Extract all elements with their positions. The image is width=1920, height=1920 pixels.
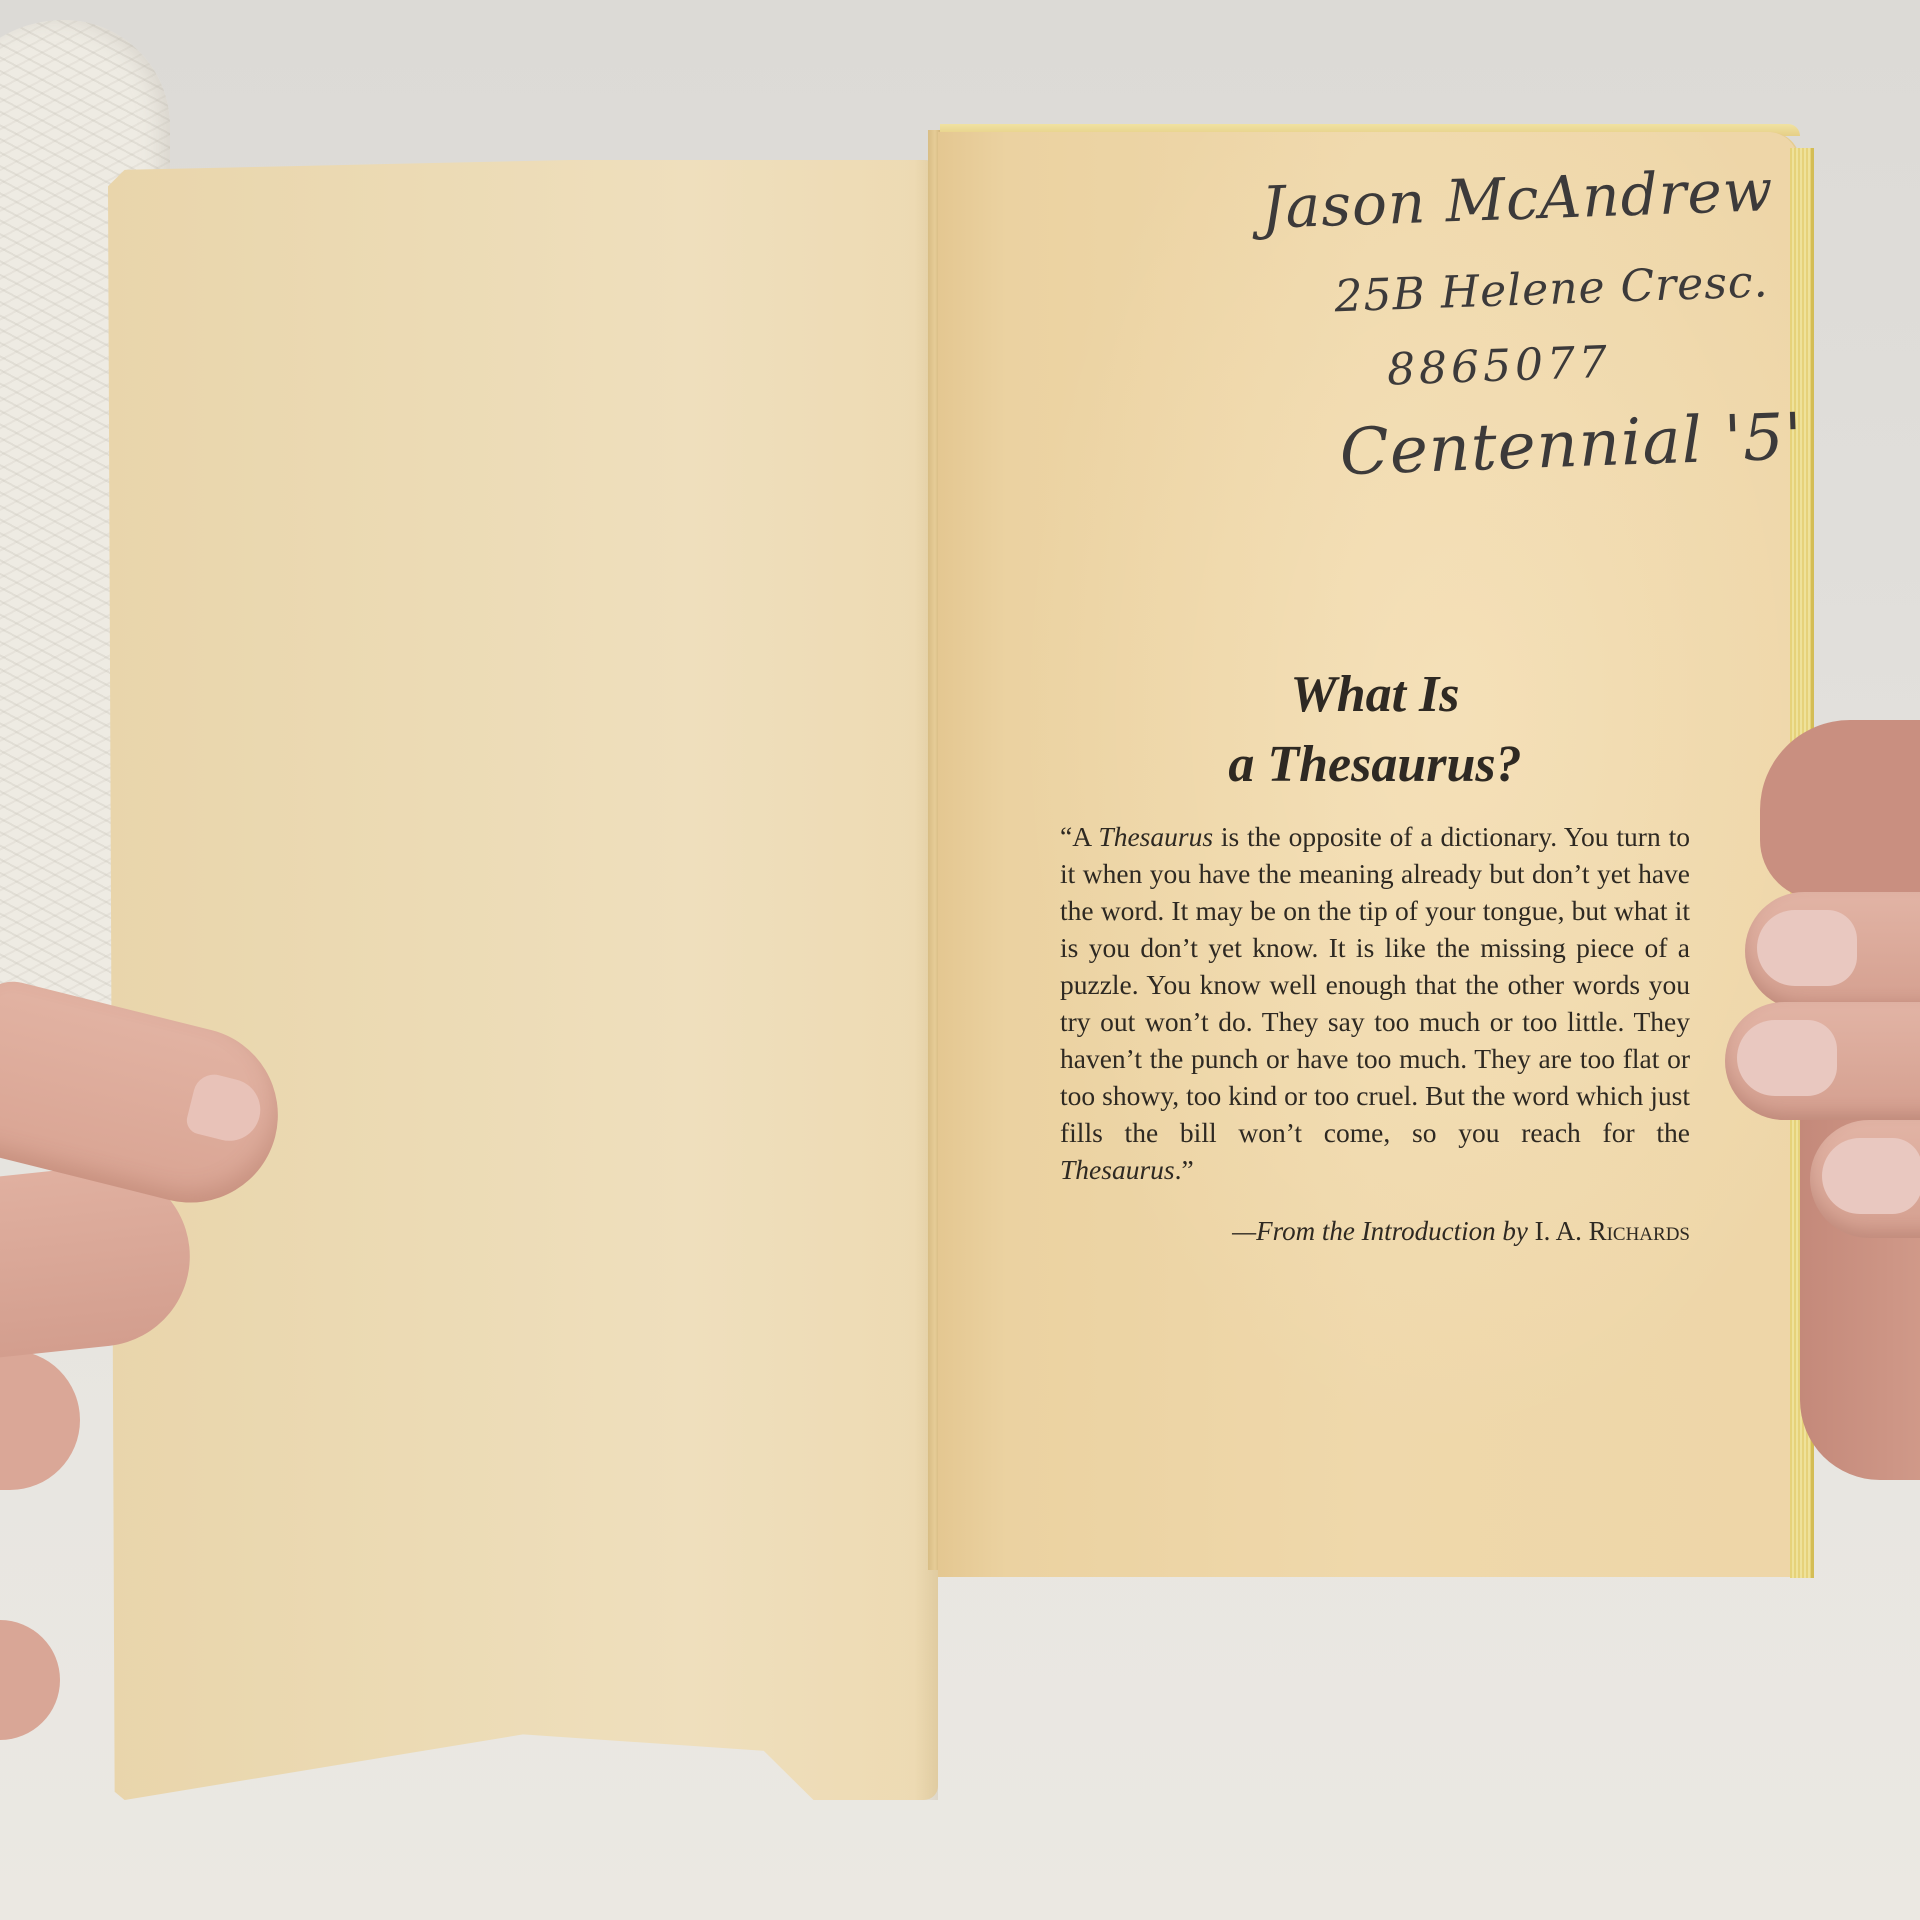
title-line-1: What Is bbox=[1060, 660, 1690, 730]
title-line-2: a Thesaurus? bbox=[1060, 730, 1690, 800]
introduction-quote: “A Thesaurus is the opposite of a dictio… bbox=[1060, 818, 1690, 1188]
page-title: What Is a Thesaurus? bbox=[1060, 660, 1690, 800]
left-page-blank bbox=[108, 160, 938, 1800]
right-hand-finger bbox=[1810, 1120, 1920, 1238]
fingernail bbox=[1737, 1020, 1837, 1096]
quote-close: .” bbox=[1175, 1154, 1194, 1185]
handwritten-phone: 8865077 bbox=[1386, 337, 1612, 396]
quote-attribution: —From the Introduction by I. A. Richards bbox=[1060, 1216, 1690, 1247]
quote-open: “A bbox=[1060, 821, 1098, 852]
attribution-author: I. A. Richards bbox=[1535, 1216, 1690, 1246]
quote-body: is the opposite of a dictionary. You tur… bbox=[1060, 821, 1690, 1148]
fingernail bbox=[1757, 910, 1857, 986]
fingernail bbox=[1822, 1138, 1920, 1214]
quote-closing-italic: Thesaurus bbox=[1060, 1154, 1175, 1185]
left-hand-finger bbox=[0, 1350, 80, 1490]
printed-page-content: What Is a Thesaurus? “A Thesaurus is the… bbox=[1060, 660, 1690, 1247]
quote-italic-word: Thesaurus bbox=[1098, 821, 1213, 852]
left-hand-finger bbox=[0, 1620, 60, 1740]
right-hand-thumb bbox=[1760, 720, 1920, 900]
thumbnail bbox=[184, 1070, 267, 1147]
photo-scene: Jason McAndrew 25B Helene Cresc. 8865077… bbox=[0, 0, 1920, 1920]
right-hand-finger bbox=[1725, 1002, 1920, 1120]
right-hand-finger bbox=[1745, 892, 1920, 1010]
attribution-prefix: —From the Introduction by bbox=[1232, 1216, 1534, 1246]
